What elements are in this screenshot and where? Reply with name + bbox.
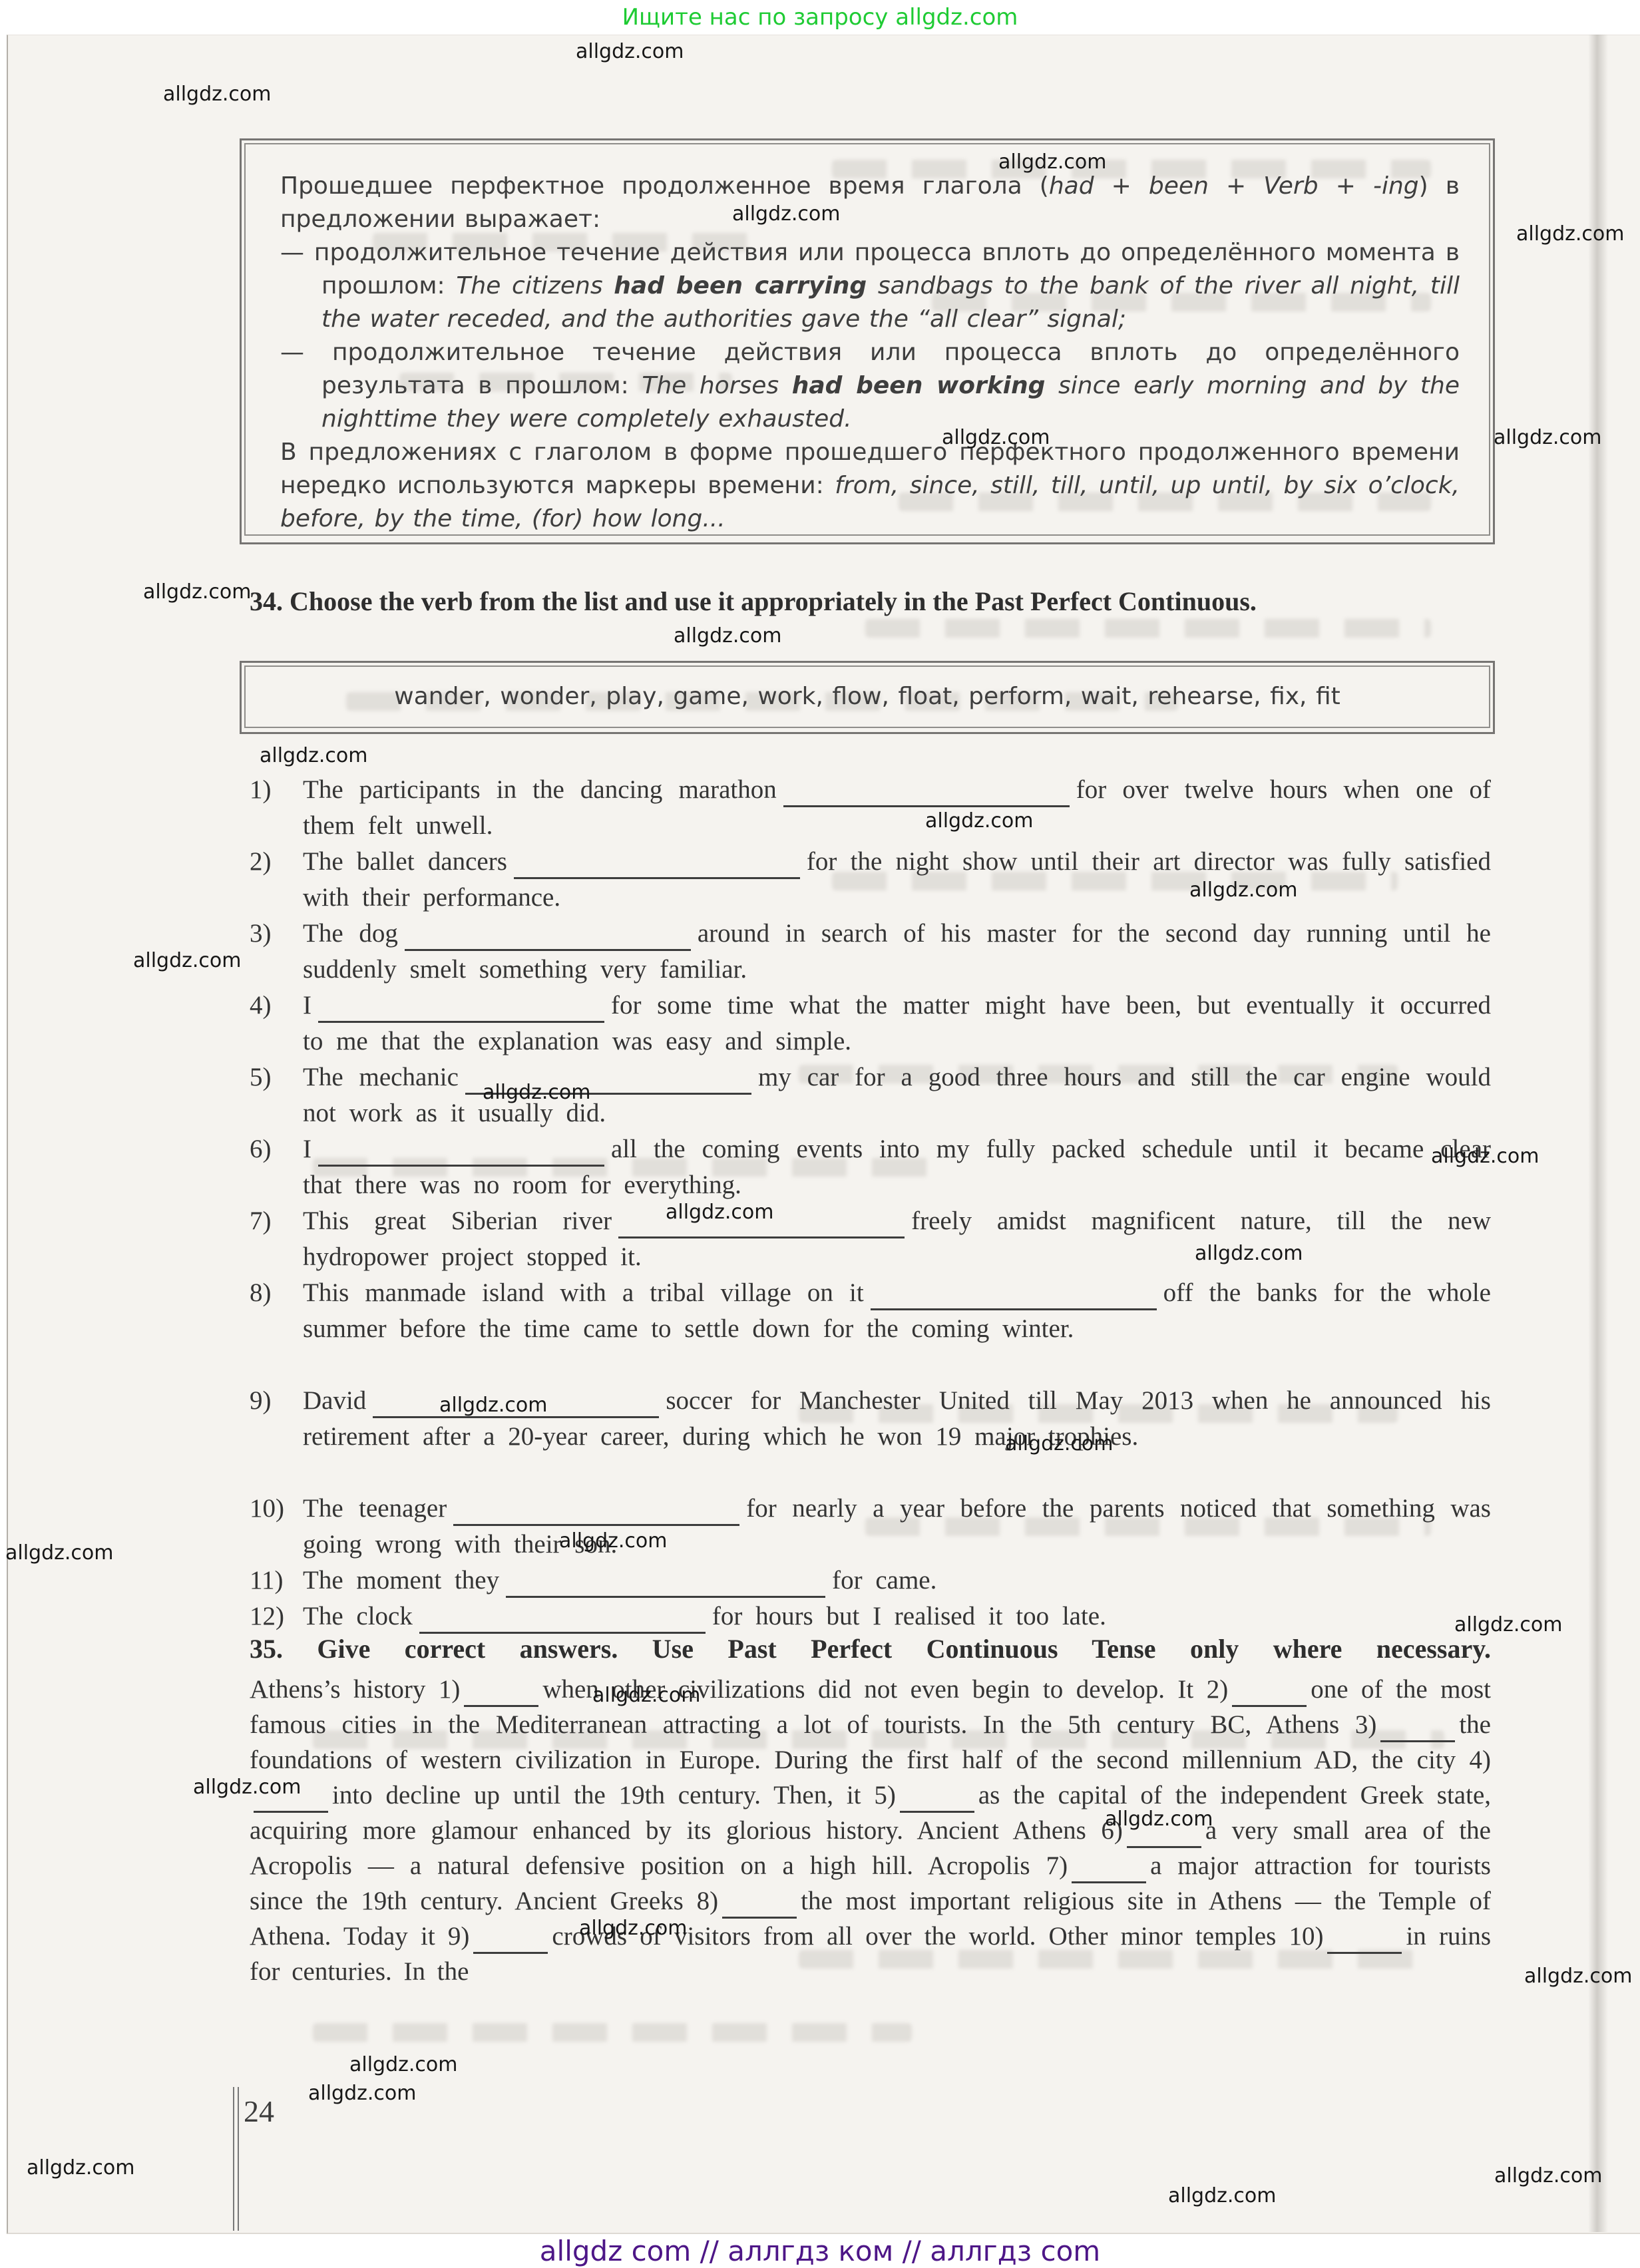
item-number: 10) bbox=[250, 1491, 284, 1527]
item-text-post: for came. bbox=[832, 1566, 936, 1595]
item-text-post: all the coming events into my fully pack… bbox=[303, 1135, 1491, 1199]
exercise-34-item-7: 7)This great Siberian riverfreely amidst… bbox=[250, 1203, 1491, 1275]
watermark: allgdz.com bbox=[1168, 2184, 1277, 2207]
word-list: wander, wonder, play, game, work, flow, … bbox=[394, 680, 1340, 713]
page-fold-shadow bbox=[1588, 35, 1608, 2232]
rule-bullet-2-example: The horses bbox=[642, 372, 791, 399]
item-text-pre: The ballet dancers bbox=[303, 847, 507, 876]
page-number-divider bbox=[233, 2087, 239, 2231]
item-number: 11) bbox=[250, 1563, 284, 1599]
footer-sites: allgdz com // аллгдз ком // аллгдз com bbox=[0, 2235, 1640, 2267]
item-text-pre: This manmade island with a tribal villag… bbox=[303, 1278, 864, 1307]
exercise-34-item-8: 8)This manmade island with a tribal vill… bbox=[250, 1275, 1491, 1347]
item-text-post: for hours but I realised it too late. bbox=[712, 1602, 1106, 1630]
watermark: allgdz.com bbox=[1195, 1242, 1303, 1265]
answer-blank[interactable] bbox=[464, 1698, 538, 1707]
item-text-pre: The mechanic bbox=[303, 1063, 459, 1091]
watermark: allgdz.com bbox=[1516, 222, 1625, 246]
watermark: allgdz.com bbox=[1454, 1613, 1563, 1636]
rule-bullet-1-verb: had been carrying bbox=[614, 272, 867, 299]
item-number: 3) bbox=[250, 916, 272, 952]
watermark: allgdz.com bbox=[193, 1776, 302, 1799]
exercise-34-item-6: 6)Iall the coming events into my fully p… bbox=[250, 1131, 1491, 1203]
exercise-34-item-10: 10)The teenagerfor nearly a year before … bbox=[250, 1491, 1491, 1563]
item-text-pre: I bbox=[303, 1135, 311, 1163]
answer-blank[interactable] bbox=[618, 1230, 905, 1238]
exercise-34-item-2: 2)The ballet dancersfor the night show u… bbox=[250, 844, 1491, 916]
watermark: allgdz.com bbox=[1431, 1145, 1539, 1168]
dash: — bbox=[280, 239, 304, 266]
watermark: allgdz.com bbox=[133, 949, 242, 972]
watermark: allgdz.com bbox=[925, 809, 1034, 833]
paragraph-text: Athens’s history 1) bbox=[250, 1675, 460, 1704]
item-text-pre: The dog bbox=[303, 919, 398, 948]
watermark: allgdz.com bbox=[5, 1541, 114, 1565]
item-number: 9) bbox=[250, 1383, 272, 1419]
item-text-post: for some time what the matter might have… bbox=[303, 991, 1491, 1055]
promo-header: Ищите нас по запросу allgdz.com bbox=[0, 4, 1640, 31]
rule-intro-ru: Прошедшее перфектное продолженное время … bbox=[280, 172, 1049, 200]
rule-bullet-2-verb: had been working bbox=[792, 372, 1046, 399]
dash: — bbox=[280, 339, 304, 366]
rule-intro: Прошедшее перфектное продолженное время … bbox=[280, 170, 1460, 236]
page-number: 24 bbox=[244, 2094, 274, 2129]
answer-blank[interactable] bbox=[318, 1158, 604, 1167]
watermark: allgdz.com bbox=[1105, 1807, 1213, 1831]
item-text-post: around in search of his master for the s… bbox=[303, 919, 1491, 984]
exercise-34-item-5: 5)The mechanicmy car for a good three ho… bbox=[250, 1059, 1491, 1131]
answer-blank[interactable] bbox=[1232, 1698, 1307, 1707]
item-text-post: for nearly a year before the parents not… bbox=[303, 1494, 1491, 1559]
watermark: allgdz.com bbox=[27, 2156, 135, 2179]
rule-bullet-1-example: The citizens bbox=[456, 272, 614, 299]
watermark: allgdz.com bbox=[674, 624, 782, 648]
item-text-pre: The moment they bbox=[303, 1566, 499, 1595]
watermark: allgdz.com bbox=[666, 1201, 774, 1224]
paragraph-text: into decline up until the 19th century. … bbox=[332, 1781, 896, 1809]
answer-blank[interactable] bbox=[1072, 1875, 1146, 1883]
watermark: allgdz.com bbox=[143, 580, 252, 604]
watermark: allgdz.com bbox=[576, 40, 684, 63]
answer-blank[interactable] bbox=[318, 1014, 604, 1023]
answer-blank[interactable] bbox=[1127, 1839, 1201, 1848]
item-number: 4) bbox=[250, 988, 272, 1024]
rule-formula: had + been + Verb + -ing bbox=[1049, 172, 1419, 200]
word-list-box: wander, wonder, play, game, work, flow, … bbox=[240, 661, 1495, 734]
answer-blank[interactable] bbox=[1327, 1945, 1402, 1954]
answer-blank[interactable] bbox=[514, 870, 800, 879]
answer-blank[interactable] bbox=[473, 1945, 548, 1954]
item-number: 12) bbox=[250, 1599, 284, 1634]
watermark: allgdz.com bbox=[592, 1684, 701, 1707]
watermark: allgdz.com bbox=[1189, 878, 1298, 902]
watermark: allgdz.com bbox=[349, 2053, 458, 2076]
item-text-pre: The participants in the dancing marathon bbox=[303, 775, 777, 804]
exercise-34-item-9: 9)Davidsoccer for Manchester United till… bbox=[250, 1383, 1491, 1455]
bleed-through bbox=[313, 2023, 912, 2042]
item-number: 1) bbox=[250, 772, 272, 808]
answer-blank[interactable] bbox=[1380, 1734, 1455, 1742]
answer-blank[interactable] bbox=[254, 1804, 328, 1813]
workbook-scan-page: Ищите нас по запросу allgdz.com Прошедше… bbox=[0, 0, 1640, 2268]
item-number: 7) bbox=[250, 1203, 272, 1239]
item-text-pre: The teenager bbox=[303, 1494, 447, 1523]
exercise-34-item-11: 11)The moment theyfor came. bbox=[250, 1563, 1491, 1599]
exercise-35-paragraph: Athens’s history 1)when other civilizati… bbox=[250, 1672, 1491, 1989]
answer-blank[interactable] bbox=[871, 1302, 1157, 1310]
exercise-35-title: 35. Give correct answers. Use Past Perfe… bbox=[250, 1630, 1491, 1667]
watermark: allgdz.com bbox=[942, 426, 1050, 449]
watermark: allgdz.com bbox=[998, 150, 1107, 174]
watermark: allgdz.com bbox=[163, 83, 272, 106]
word-list-box-inner: wander, wonder, play, game, work, flow, … bbox=[244, 665, 1490, 728]
watermark: allgdz.com bbox=[579, 1917, 688, 1940]
answer-blank[interactable] bbox=[722, 1910, 797, 1919]
watermark: allgdz.com bbox=[1494, 2164, 1603, 2187]
watermark: allgdz.com bbox=[483, 1081, 591, 1104]
rule-markers: В предложениях с глаголом в форме прошед… bbox=[280, 436, 1460, 536]
watermark: allgdz.com bbox=[308, 2082, 417, 2105]
item-text-pre: David bbox=[303, 1386, 366, 1415]
watermark: allgdz.com bbox=[1005, 1432, 1114, 1455]
answer-blank[interactable] bbox=[900, 1804, 974, 1813]
watermark: allgdz.com bbox=[260, 744, 368, 767]
exercise-34-item-3: 3)The dogaround in search of his master … bbox=[250, 916, 1491, 988]
item-text-pre: I bbox=[303, 991, 311, 1020]
grammar-rule-box-inner: Прошедшее перфектное продолженное время … bbox=[244, 143, 1490, 536]
watermark: allgdz.com bbox=[1494, 426, 1602, 449]
exercise-34-title: 34. Choose the verb from the list and us… bbox=[250, 583, 1491, 620]
answer-blank[interactable] bbox=[783, 799, 1070, 807]
answer-blank[interactable] bbox=[405, 942, 691, 951]
item-text-post: my car for a good three hours and still … bbox=[303, 1063, 1491, 1127]
watermark: allgdz.com bbox=[732, 202, 841, 226]
item-number: 5) bbox=[250, 1059, 272, 1095]
watermark: allgdz.com bbox=[439, 1394, 548, 1417]
exercise-34-item-12: 12)The clockfor hours but I realised it … bbox=[250, 1599, 1491, 1634]
item-number: 8) bbox=[250, 1275, 272, 1311]
grammar-rule-box: Прошедшее перфектное продолженное время … bbox=[240, 138, 1495, 544]
rule-bullet-1: — продолжительное течение действия или п… bbox=[280, 236, 1460, 336]
answer-blank[interactable] bbox=[506, 1589, 825, 1598]
item-number: 2) bbox=[250, 844, 272, 880]
item-text-pre: This great Siberian river bbox=[303, 1207, 612, 1235]
watermark: allgdz.com bbox=[1524, 1965, 1633, 1988]
watermark: allgdz.com bbox=[559, 1529, 668, 1553]
answer-blank[interactable] bbox=[453, 1517, 739, 1526]
rule-bullet-2: — продолжительное течение действия или п… bbox=[280, 336, 1460, 436]
item-text-pre: The clock bbox=[303, 1602, 413, 1630]
exercise-34-item-1: 1)The participants in the dancing marath… bbox=[250, 772, 1491, 844]
bleed-through bbox=[865, 619, 1431, 638]
item-number: 6) bbox=[250, 1131, 272, 1167]
exercise-34-item-4: 4)Ifor some time what the matter might h… bbox=[250, 988, 1491, 1059]
